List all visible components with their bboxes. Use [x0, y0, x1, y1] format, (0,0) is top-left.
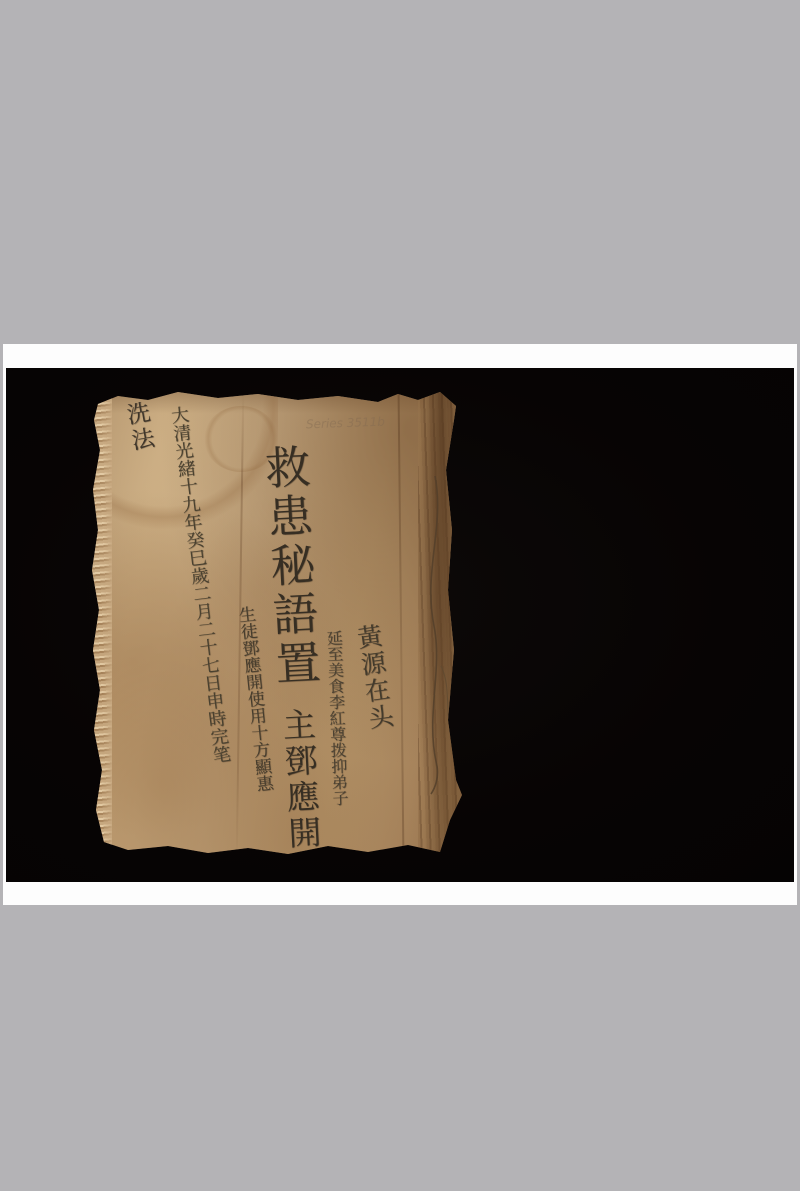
photo-backdrop: 洗法 大清光緒十九年癸巳歲二月二十七日申時完笔 救患秘語置 主鄧應開 生徒鄧應開…: [6, 368, 794, 882]
right-small-inscription: 延至美食李紅尊拨抑弟子: [325, 630, 347, 806]
manuscript-book: 洗法 大清光緒十九年癸巳歲二月二十七日申時完笔 救患秘語置 主鄧應開 生徒鄧應開…: [88, 390, 464, 860]
catalog-pencil-note: Series 3511b: [306, 415, 385, 432]
photo-scan-area: 洗法 大清光緒十九年癸巳歲二月二十七日申時完笔 救患秘語置 主鄧應開 生徒鄧應開…: [3, 344, 797, 905]
binding-thread-icon: [421, 476, 461, 796]
torn-page-edges: [88, 390, 112, 860]
owner-name-text: 主鄧應開: [277, 707, 323, 853]
